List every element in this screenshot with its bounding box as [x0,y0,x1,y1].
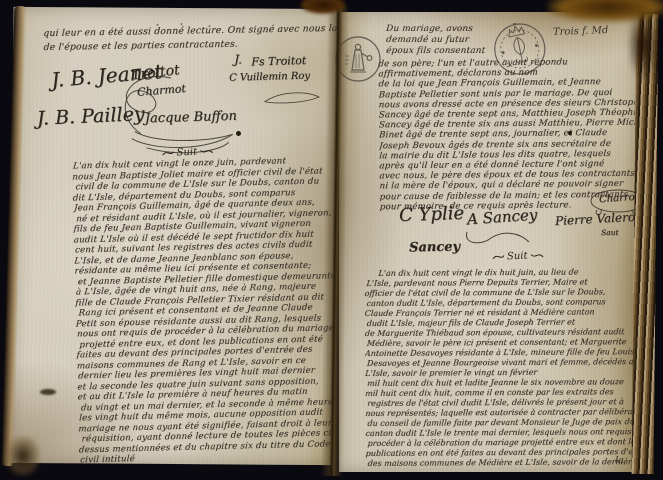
signature-vuillemin-roy: C Vuillemin Roy [229,71,310,84]
left-page-closing-lines: qui leur en a été aussi donné lecture. O… [43,21,366,55]
section-mark-left: Suit [160,145,213,159]
right-page-edge-stack [632,14,663,474]
scanned-register-photo: qui leur en a été aussi donné lecture. O… [0,0,663,480]
sancey-flourish [461,226,533,248]
signature-valero-sub: Saut [601,228,618,237]
margin-note: Trois f. Md [553,25,609,38]
right-page-para1-short-lines: Du mariage, avonsdemandé au futurépoux f… [386,24,485,57]
left-page-act-body: L'an dix huit cent vingt le onze juin, p… [72,155,343,466]
section-mark-right: Suit [491,249,544,263]
left-page: qui leur en a été aussi donné lecture. O… [10,7,337,465]
flourish-right-icon [199,145,214,158]
burn-stain-right-edge [628,10,658,80]
bottom-left-corner-stain [6,436,40,476]
section-mark-word: Suit [507,250,528,262]
signature-sancey-b: Sancey [409,240,460,256]
right-page-para2: L'an dix huit cent vingt le dix huit jui… [364,267,637,469]
signature-troitot-right: Fs Troitot [251,54,306,69]
flourish-left-icon [491,250,505,262]
handwritten-line: des maisons communes de Médière et L'Isl… [367,457,637,469]
section-mark-word: Suit [176,146,197,158]
ink-dot-right-page [568,131,572,135]
ink-dot-left-page [236,131,241,136]
handwritten-line: demandé au futur [386,35,486,46]
signature-valero: Pierre Valero [555,210,636,228]
margin-smudge [40,389,56,395]
flourish-right-icon [529,249,543,261]
signature-sancey-a: A Sancey [466,206,537,229]
catchword: la [615,456,625,466]
signature-yplie: C Yplie [399,203,465,226]
vuillemin-flourish [261,89,323,107]
handwritten-line: époux fils consentant [386,46,486,57]
right-page: Trois f. Md Du mariage, avonsdemandé au … [339,12,638,472]
signature-paraph: J. [234,52,242,66]
handwritten-line: Du mariage, avons [386,24,486,35]
flourish-left-icon [160,147,175,160]
